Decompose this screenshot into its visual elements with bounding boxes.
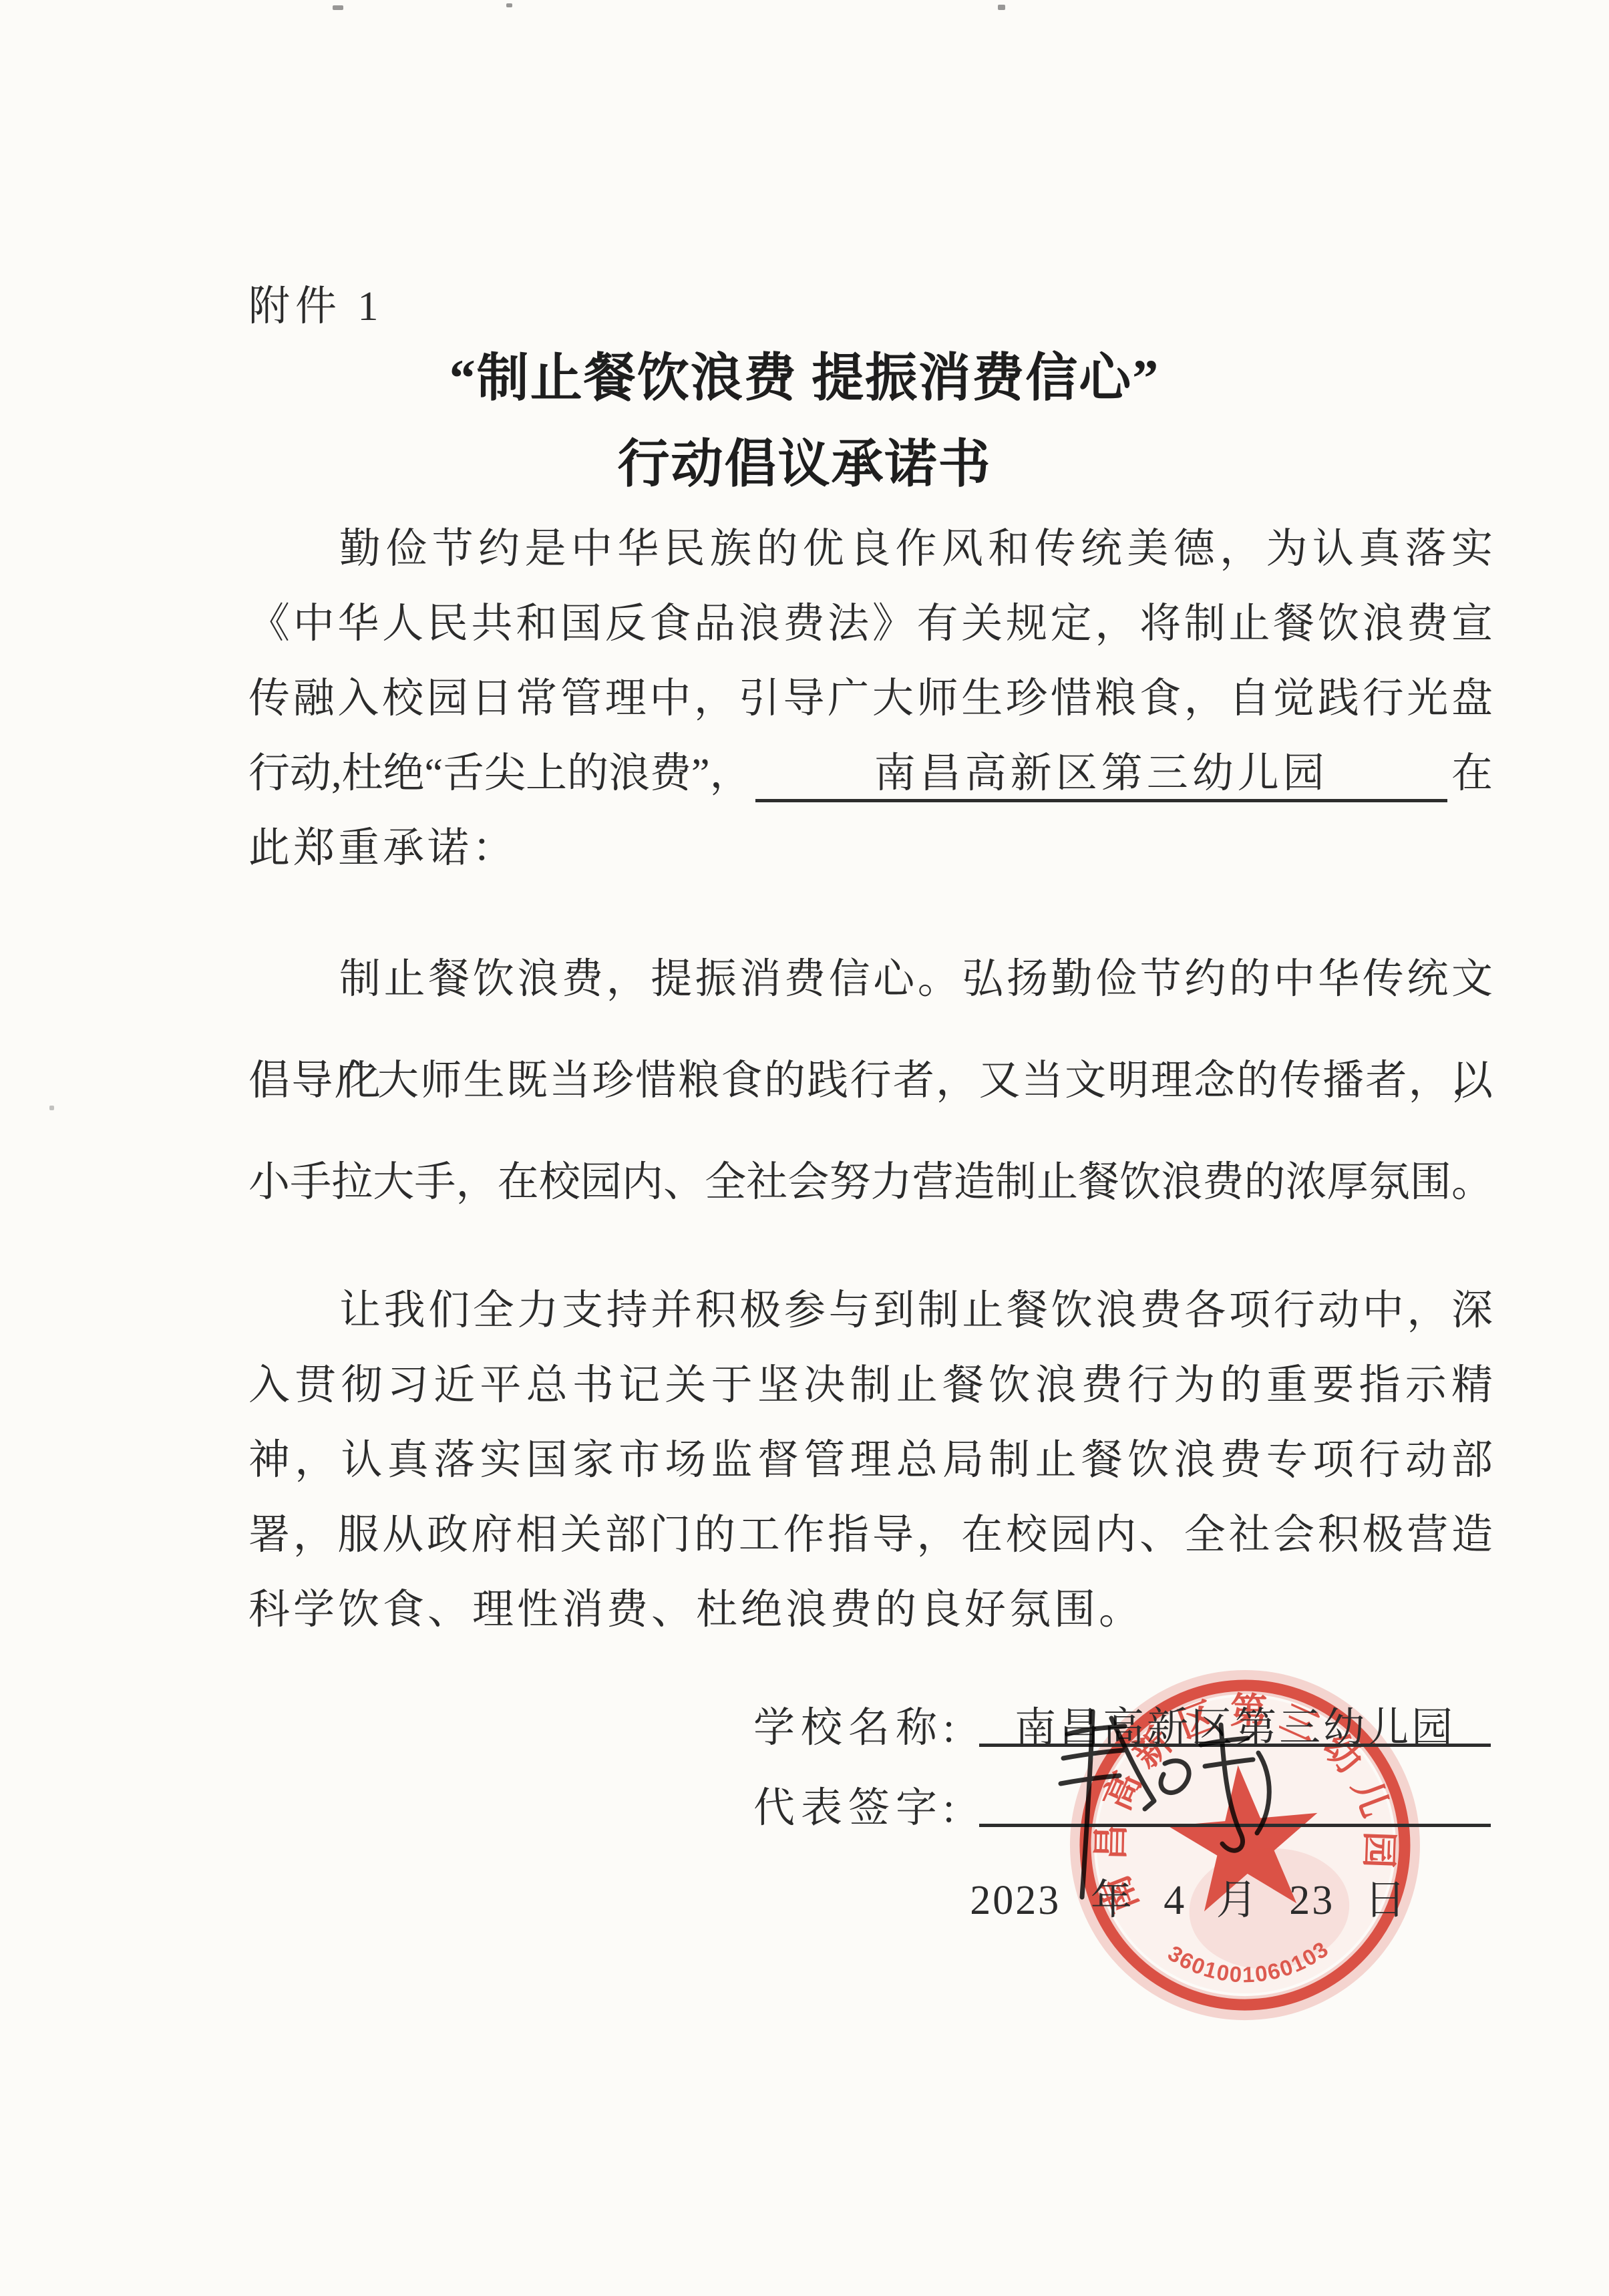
attachment-label: 附件 1 <box>248 273 384 332</box>
scan-speck <box>49 1106 54 1110</box>
fill-line-suffix: 在 <box>1451 736 1493 811</box>
paragraph-line: 小手拉大手，在校园内、全社会努力营造制止餐饮浪费的浓厚氛围。 <box>248 1132 1493 1233</box>
paragraph-commitment: 制止餐饮浪费，提振消费信心。弘扬勤俭节约的中华传统文化， 倡导广大师生既当珍惜粮… <box>248 929 1493 1233</box>
paragraph-line: 勤俭节约是中华民族的优良作风和传统美德，为认真落实 <box>248 512 1493 587</box>
paragraph-line: 科学饮食、理性消费、杜绝浪费的良好氛围。 <box>248 1573 1493 1647</box>
scan-speck <box>998 5 1005 10</box>
document-title-line2: 行动倡议承诺书 <box>0 422 1609 497</box>
stamp-code: 3601001060103 <box>1162 1927 1334 1995</box>
paragraph-line: 此郑重承诺： <box>248 811 1493 886</box>
paragraph-line: 《中华人民共和国反食品浪费法》有关规定，将制止餐饮浪费宣 <box>248 587 1493 661</box>
stamp-code-textpath: 3601001060103 <box>1162 1927 1334 1995</box>
paragraph-opening: 勤俭节约是中华民族的优良作风和传统美德，为认真落实 《中华人民共和国反食品浪费法… <box>248 512 1493 886</box>
paragraph-line: 入贯彻习近平总书记关于坚决制止餐饮浪费行为的重要指示精 <box>248 1348 1493 1423</box>
school-name-row: 学校名称: 南昌高新区第三幼儿园 <box>753 1694 1491 1754</box>
paragraph-line: 神，认真落实国家市场监督管理总局制止餐饮浪费专项行动部 <box>248 1423 1493 1498</box>
paragraph-closing: 让我们全力支持并积极参与到制止餐饮浪费各项行动中，深 入贯彻习近平总书记关于坚决… <box>248 1273 1493 1647</box>
paragraph-line: 倡导广大师生既当珍惜粮食的践行者，又当文明理念的传播者，以 <box>248 1030 1493 1132</box>
signature-fill-line <box>979 1774 1491 1827</box>
school-name-inline-fill: 南昌高新区第三幼儿园 <box>755 736 1447 802</box>
paragraph-line: 署，服从政府相关部门的工作指导，在校园内、全社会积极营造 <box>248 1498 1493 1573</box>
paragraph-line: 让我们全力支持并积极参与到制止餐饮浪费各项行动中，深 <box>248 1273 1493 1348</box>
fill-line-prefix: 行动,杜绝“舌尖上的浪费”， <box>248 736 751 811</box>
school-name-label: 学校名称: <box>753 1694 979 1754</box>
paragraph-line-with-fill: 行动,杜绝“舌尖上的浪费”， 南昌高新区第三幼儿园 在 <box>248 736 1493 811</box>
document-title-line1: “制止餐饮浪费 提振消费信心” <box>0 336 1609 411</box>
signature-label: 代表签字: <box>753 1774 979 1834</box>
representative-signature-row: 代表签字: <box>753 1774 1491 1834</box>
paragraph-line: 传融入校园日常管理中，引导广大师生珍惜粮食，自觉践行光盘 <box>248 661 1493 736</box>
document-page: 附件 1 “制止餐饮浪费 提振消费信心” 行动倡议承诺书 勤俭节约是中华民族的优… <box>0 0 1609 2296</box>
paragraph-line: 制止餐饮浪费，提振消费信心。弘扬勤俭节约的中华传统文化， <box>248 929 1493 1030</box>
scan-speck <box>333 5 343 10</box>
school-name-fill: 南昌高新区第三幼儿园 <box>979 1694 1491 1747</box>
date-line: 2023 年 4 月 23 日 <box>955 1866 1423 1926</box>
scan-speck <box>506 3 512 7</box>
